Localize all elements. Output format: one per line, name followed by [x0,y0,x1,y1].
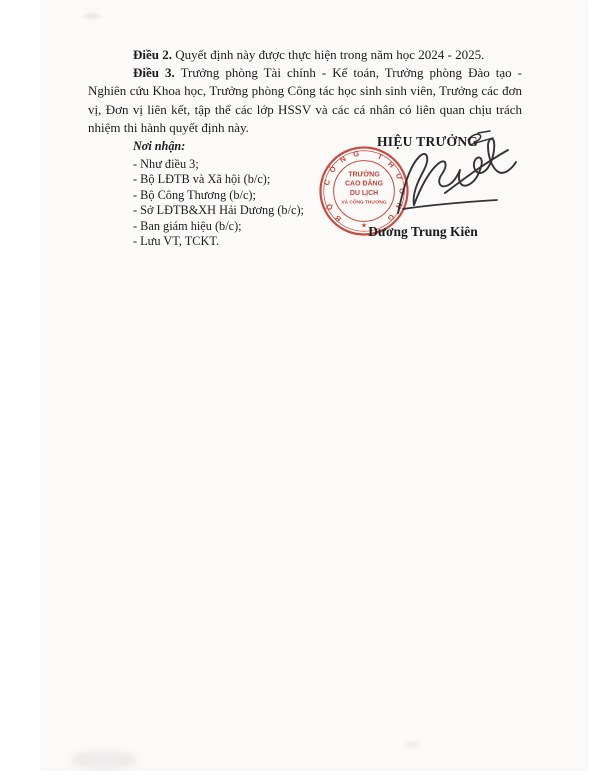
article-2-text: Quyết định này được thực hiện trong năm … [172,47,484,62]
document-page: Điều 2. Quyết định này được thực hiện tr… [40,0,586,769]
stamp-center-text: TRƯỜNG CAO ĐẲNG DU LỊCH VÀ CÔNG THƯƠNG ★ [341,169,386,229]
scan-speck [84,13,100,19]
signature-underline [403,200,497,209]
article-3-label: Điều 3. [133,65,175,80]
page-corner-shadow [72,751,136,769]
stamp-line-1: TRƯỜNG [348,169,380,178]
signature-scribble [390,128,568,223]
scan-speck [143,71,151,74]
signer-name: Dương Trung Kiên [342,224,504,240]
article-2-paragraph: Điều 2. Quyết định này được thực hiện tr… [88,46,522,64]
signature-body [414,139,516,205]
stamp-line-4: VÀ CÔNG THƯƠNG [341,197,386,205]
article-3-paragraph: Điều 3. Trưởng phòng Tài chính - Kế toán… [88,64,522,137]
scan-speck [406,741,420,748]
article-2-label: Điều 2. [133,47,172,62]
stamp-line-2: CAO ĐẲNG [345,178,383,187]
document-body: Điều 2. Quyết định này được thực hiện tr… [88,46,522,137]
scanned-document-screenshot: { "document": { "articles": [ { "label":… [0,0,597,776]
stamp-line-3: DU LỊCH [350,190,378,197]
